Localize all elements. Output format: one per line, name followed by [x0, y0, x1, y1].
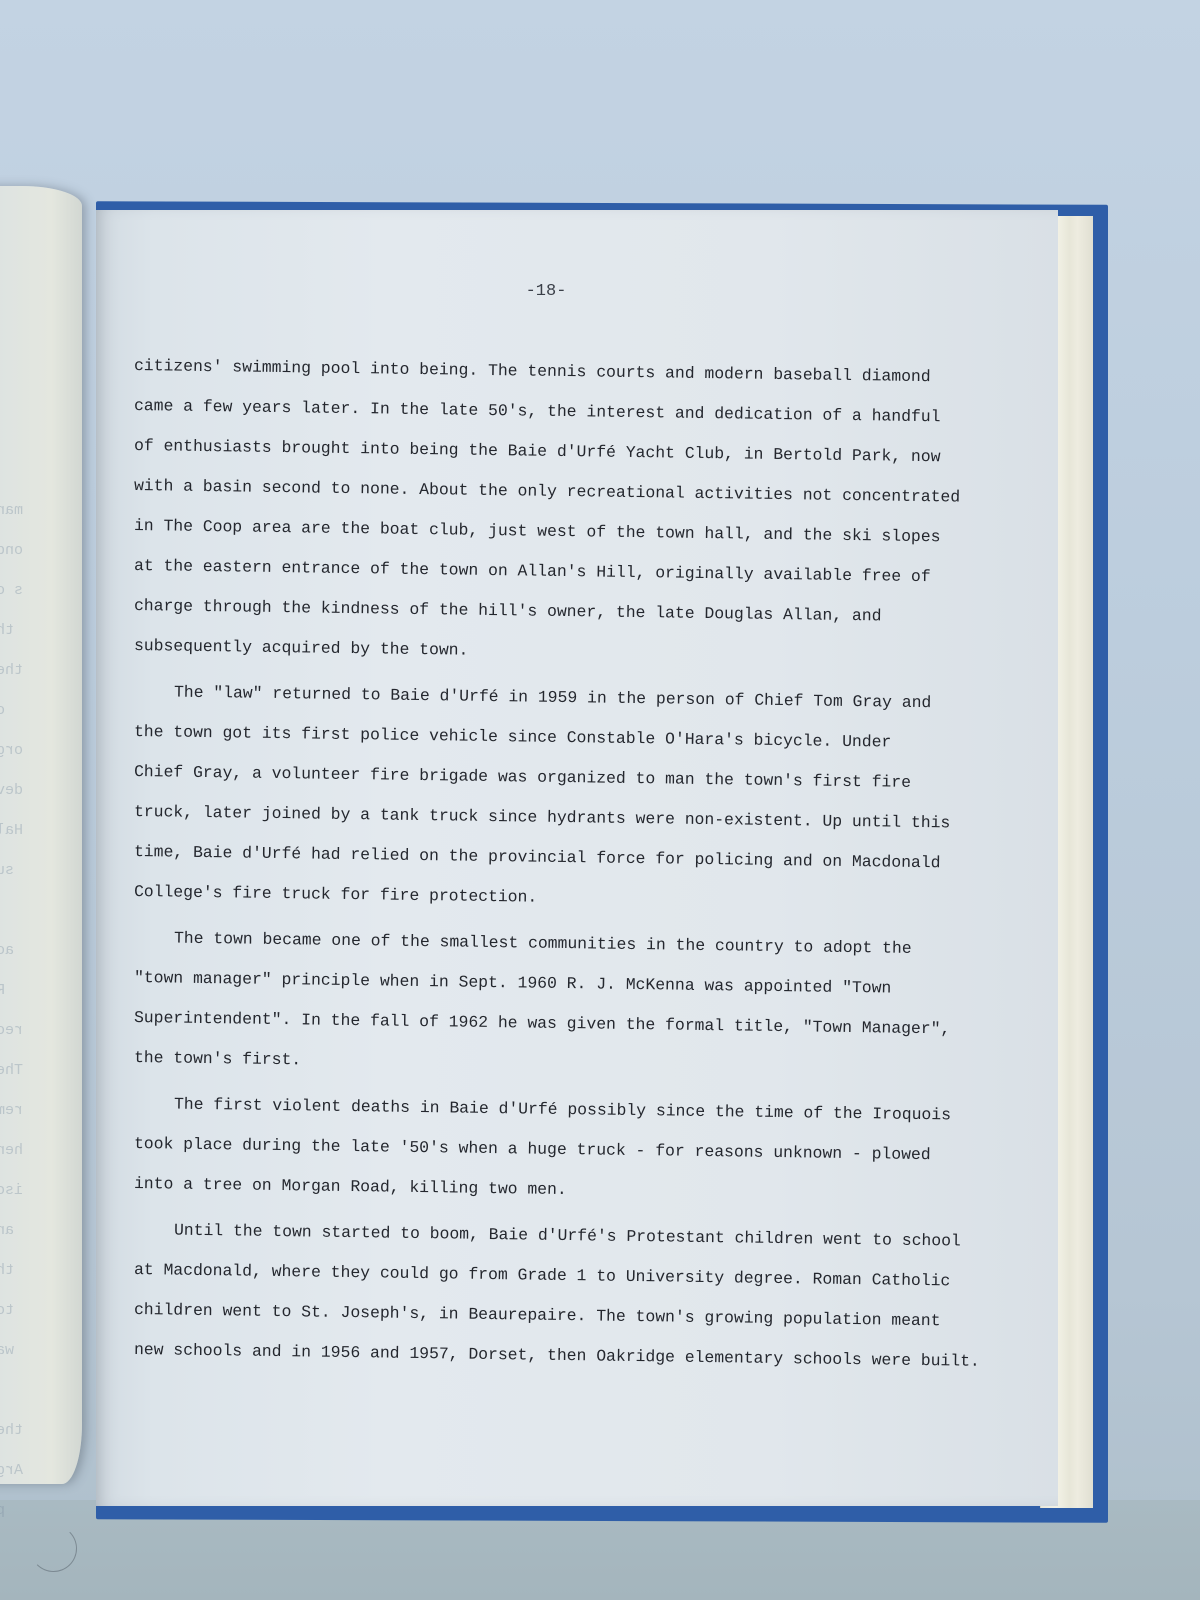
left-page-fragment: organiz — [0, 731, 70, 771]
left-page-text-fragments: mankindond ands civicthat athe Jotcare.o… — [0, 491, 70, 1531]
left-page-fragment: hence i — [0, 1131, 70, 1171]
left-page-fragment: develop — [0, 771, 70, 811]
left-page-fragment: removed — [0, 1091, 70, 1131]
left-page-fragment: Argenti — [0, 1451, 70, 1491]
left-page-fragment: T — [0, 1371, 70, 1411]
left-page-curl: mankindond ands civicthat athe Jotcare.o… — [0, 186, 82, 1484]
page-number: -18- — [96, 282, 996, 301]
left-page-fragment: the Jot — [0, 651, 70, 691]
loose-thread — [30, 1525, 77, 1572]
book-page: -18- citizens' swimming pool into being.… — [96, 210, 1058, 1506]
left-page-fragment: activi — [0, 931, 70, 971]
left-page-fragment: An — [0, 891, 70, 931]
left-page-fragment: mankind — [0, 491, 70, 531]
left-page-fragment: s civic — [0, 571, 70, 611]
left-page-fragment: recreat — [0, 1011, 70, 1051]
left-page-fragment: Hall Ha — [0, 811, 70, 851]
left-page-fragment: that a — [0, 611, 70, 651]
left-page-fragment: surely — [0, 851, 70, 891]
left-page-fragment: isolate — [0, 1171, 70, 1211]
left-page-fragment: care. — [0, 691, 70, 731]
left-page-fragment: town m — [0, 1291, 70, 1331]
page-body-text: citizens' swimming pool into being. The … — [134, 346, 994, 1370]
left-page-fragment: the yea — [0, 1411, 70, 1451]
left-page-fragment: ond and — [0, 531, 70, 571]
left-page-fragment: The Coo — [0, 1051, 70, 1091]
left-page-fragment: Road, — [0, 971, 70, 1011]
left-page-fragment: was in — [0, 1331, 70, 1371]
left-page-fragment: the co — [0, 1251, 70, 1291]
left-page-fragment: and de — [0, 1211, 70, 1251]
